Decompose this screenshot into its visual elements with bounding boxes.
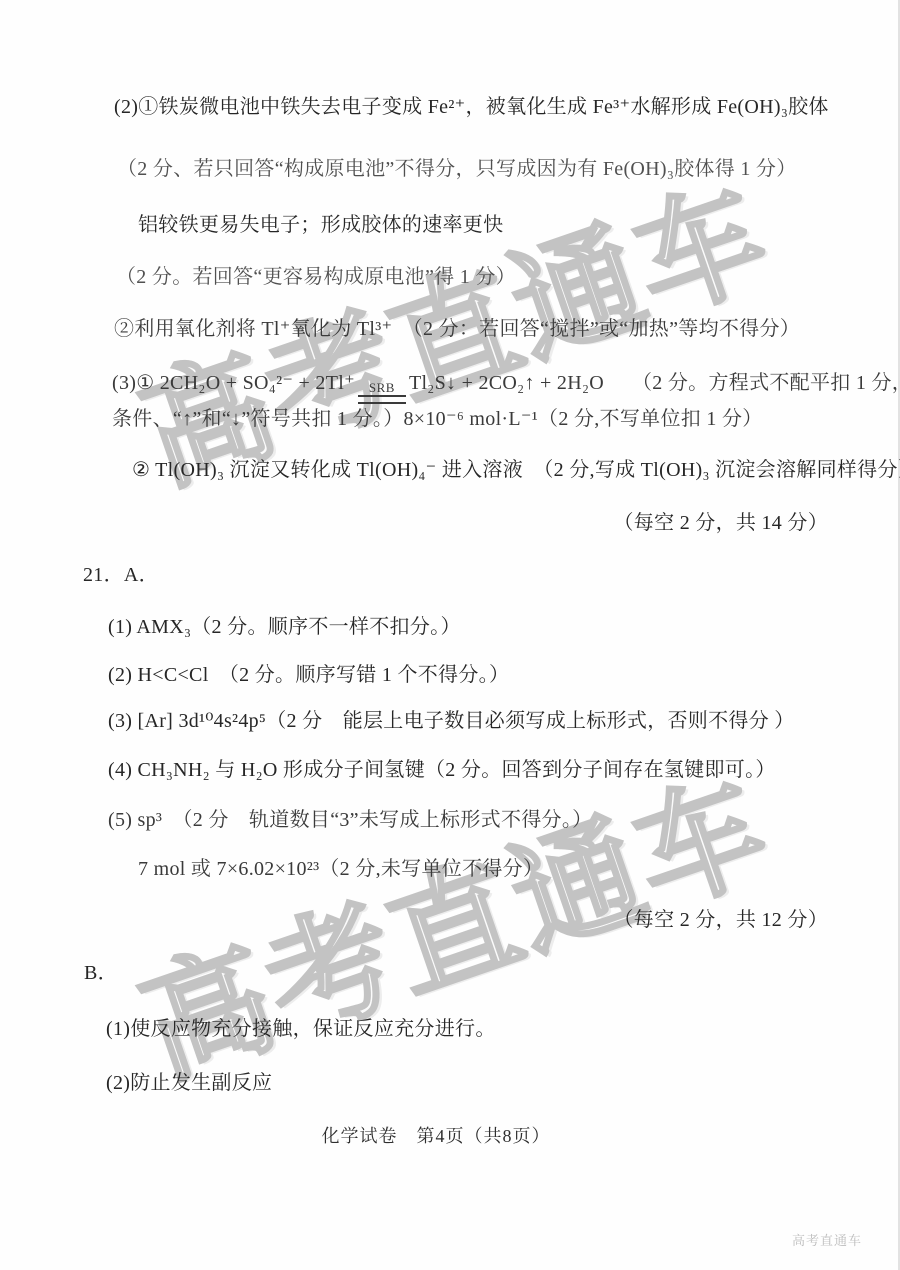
answer-21-5-sp3: (5) sp³ （2 分 轨道数目“3”未写成上标形式不得分。） [108, 803, 592, 832]
equation-condition: SRB [358, 381, 406, 404]
answer-b-2-side-reaction: (2)防止发生副反应 [106, 1066, 272, 1095]
answer-al-electron: 铝较铁更易失电子；形成胶体的速率更快 [138, 208, 503, 237]
question-21-a-heading: 21．A． [83, 558, 159, 587]
equation-left: (3)① 2CH₂O + SO₄²⁻ + 2Tl⁺ [112, 370, 355, 395]
answer-21-4-hbond: (4) CH₃NH₂ 与 H₂O 形成分子间氢键（2 分。回答到分子间存在氢键即… [108, 753, 776, 782]
equation-right: Tl₂S↓ + 2CO₂↑ + 2H₂O [409, 372, 604, 395]
equation-score-note: （2 分。方程式不配平扣 1 分，未写 [632, 366, 900, 395]
answer-3-1-continued: 条件、“↑”和“↓”符号共扣 1 分。）8×10⁻⁶ mol·L⁻¹（2 分,不… [112, 402, 763, 431]
answer-2-2-oxidant: ②利用氧化剂将 Tl⁺氧化为 Tl³⁺ （2 分：若回答“搅拌”或“加热”等均不… [114, 312, 800, 341]
scanned-exam-page: 高考直通车 高考直通车 (2)①铁炭微电池中铁失去电子变成 Fe²⁺，被氧化生成… [0, 0, 900, 1270]
answer-21-1-amx3: (1) AMX₃（2 分。顺序不一样不扣分。） [108, 610, 461, 639]
answer-21-2-order: (2) H<C<Cl （2 分。顺序写错 1 个不得分。） [108, 658, 509, 687]
page-footer: 化学试卷 第4页（共8页） [0, 1122, 886, 1148]
answer-21-3-config: (3) [Ar] 3d¹⁰4s²4p⁵（2 分 能层上电子数目必须写成上标形式，… [108, 704, 795, 733]
score-note-fe: （2 分、若只回答“构成原电池”不得分，只写成因为有 Fe(OH)₃胶体得 1 … [117, 152, 797, 181]
section-score-12: （每空 2 分，共 12 分） [614, 903, 829, 932]
condition-label: SRB [369, 381, 395, 394]
answer-3-2-tloh: ② Tl(OH)₃ 沉淀又转化成 Tl(OH)₄⁻ 进入溶液 （2 分,写成 T… [132, 453, 900, 482]
corner-watermark-credit: 高考直通车 [792, 1230, 862, 1249]
section-score-14: （每空 2 分，共 14 分） [614, 506, 829, 535]
score-note-al: （2 分。若回答“更容易构成原电池”得 1 分） [116, 260, 516, 289]
answer-b-1-contact: (1)使反应物充分接触，保证反应充分进行。 [106, 1012, 496, 1041]
answer-3-1-equation: (3)① 2CH₂O + SO₄²⁻ + 2Tl⁺ SRB Tl₂S↓ + 2C… [112, 366, 900, 401]
question-21-b-heading: B． [84, 956, 118, 985]
answer-21-6-mol: 7 mol 或 7×6.02×10²³（2 分,未写单位不得分） [138, 852, 543, 881]
answer-2-1-fe-oxidation: (2)①铁炭微电池中铁失去电子变成 Fe²⁺，被氧化生成 Fe³⁺水解形成 Fe… [114, 90, 829, 119]
